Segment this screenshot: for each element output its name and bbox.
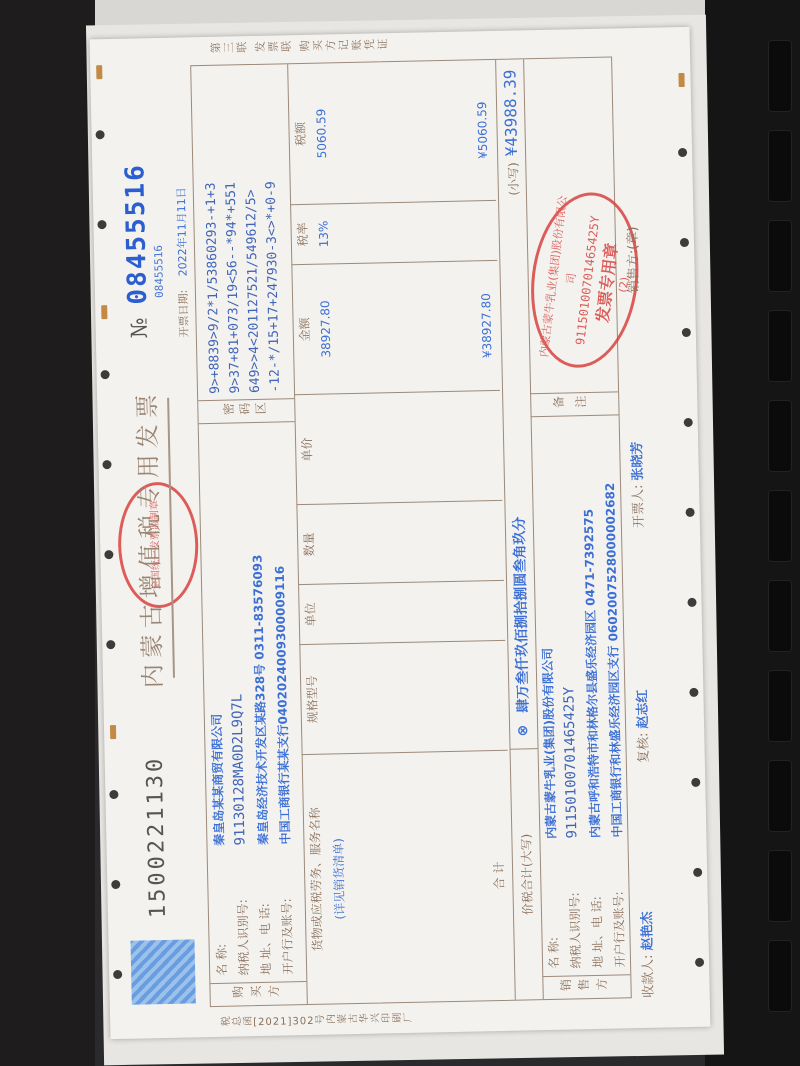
keyboard-key [768,760,792,832]
buyer-info: 名 称:秦皇岛某某商贸有限公司 纳税人识别号:91130128MA0D2L9Q7… [199,422,307,984]
reviewer-name: 赵志红 [635,689,651,728]
cipher-label: 密码区 [198,398,294,424]
item-tax: 5060.59 [309,60,472,203]
remarks-label: 备注 [530,391,618,417]
seller-bank-label: 开户行及账号: [608,837,628,967]
subtotal-amount: ¥38927.80 [473,260,500,390]
buyer-address-label: 地 址、电 话: [254,845,274,975]
buyer-name-label: 名 称: [210,846,230,976]
payee-label: 收款人: [641,954,657,998]
desk-background-left [0,0,95,1066]
seller-address-label: 地 址、电 话: [586,838,606,968]
keyboard-key [768,940,792,1012]
invoice-title: 内蒙古增值税专用发票 [126,368,168,709]
item-row: (详见销货清单) 38927.80 13% 5060.59 [309,60,489,1003]
keyboard-key [768,580,792,652]
invoice-number-small: 08455516 [152,245,166,298]
items-section: 货物或应税劳务、服务名称 规格型号 单位 数量 单价 金额 税率 税额 (详见销… [287,60,516,1004]
col-amount: 金额 [291,264,316,394]
keyboard-key [768,40,792,112]
print-note: 税总函[2021]302号内蒙古华兴印刷厂 [220,1012,414,1031]
buyer-tax-id-label: 纳税人识别号: [232,845,252,975]
seller-section: 销售方 名 称:内蒙古蒙牛乳业(集团)股份有限公司 纳税人识别号:9115010… [523,57,631,999]
col-price: 单价 [294,394,318,504]
col-rate: 税率 [290,204,313,264]
item-unit [320,580,481,643]
issue-date: 开票日期: 2022年11月11日 [173,187,192,338]
item-rate: 13% [312,200,473,263]
item-qty [318,500,480,583]
issue-date-label: 开票日期: [177,290,191,338]
keyboard-key [768,670,792,742]
qr-code [130,939,195,1004]
item-price [316,390,478,503]
total-words-icon: ⊗ [515,725,531,749]
seller-label: 销售方 [542,974,630,999]
total-words: 肆万叁仟玖佰捌拾捌圆叁角玖分 [509,517,533,725]
col-spec: 规格型号 [299,644,323,754]
keyboard-key [768,130,792,202]
item-name: (详见销货清单) [324,750,489,1003]
keyboard-key [768,400,792,472]
buyer-bank-label: 开户行及账号: [276,844,296,974]
vat-invoice: 1500221130 全国统一发票监制章 内蒙古增值税专用发票 № 084555… [90,27,711,1039]
invoice-grid: 购买方 名 称:秦皇岛某某商贸有限公司 纳税人识别号:91130128MA0D2… [190,56,632,1007]
subtotal-label: 合 计 [484,750,513,1000]
seller-name: 内蒙古蒙牛乳业(集团)股份有限公司 [538,648,559,839]
reviewer-label: 复核: [636,732,652,763]
payee-name: 赵艳杰 [640,911,656,950]
seller-bank: 中国工商银行和林盛乐经济园区支行 0602007528000002682 [600,483,624,838]
cipher-area: 9>+8839>9/2*1/53860293-+1+3 9>37+81+073/… [199,72,286,394]
item-spec [321,640,483,753]
invoice-code: 1500221130 [143,755,171,918]
keyboard-key [768,850,792,922]
issue-date-value: 2022年11月11日 [175,187,190,276]
col-unit: 单位 [298,584,321,644]
seller-seal-label: 销售方:(章) [626,226,642,293]
invoice-photo: 1500221130 全国统一发票监制章 内蒙古增值税专用发票 № 084555… [90,27,711,1039]
buyer-bank: 中国工商银行某某支行0402024009300009116 [270,566,293,845]
buyer-name: 秦皇岛某某商贸有限公司 [207,714,227,846]
seller-tax-id-label: 纳税人识别号: [564,838,584,968]
seller-name-label: 名 称: [542,839,562,969]
item-amount: 38927.80 [313,260,476,393]
total-small-label: (小写) [506,162,521,196]
keyboard-key [768,490,792,562]
seller-info: 名 称:内蒙古蒙牛乳业(集团)股份有限公司 纳税人识别号:91150100701… [531,415,631,977]
seller-tax-id: 91150100701465425Y [561,687,580,839]
issuer-name: 张晓芳 [630,441,646,480]
copy-label: 第三联 发票联 购买方记账凭证 [210,37,390,57]
issuer-label: 开票人: [631,484,647,528]
col-tax: 税额 [287,64,312,204]
buyer-tax-id: 91130128MA0D2L9Q7L [229,694,248,846]
total-small: (小写)¥43988.39 [500,69,522,195]
buyer-label: 购买方 [210,981,306,1006]
number-sign: № [127,317,152,338]
invoice-number: 08455516 [120,163,153,305]
invoice-number-block: № 08455516 [120,163,154,339]
col-qty: 数量 [296,504,320,584]
subtotal-tax: ¥5060.59 [469,60,496,200]
keyboard-key [768,310,792,382]
total-small-value: ¥43988.39 [500,69,521,156]
keyboard-key [768,220,792,292]
